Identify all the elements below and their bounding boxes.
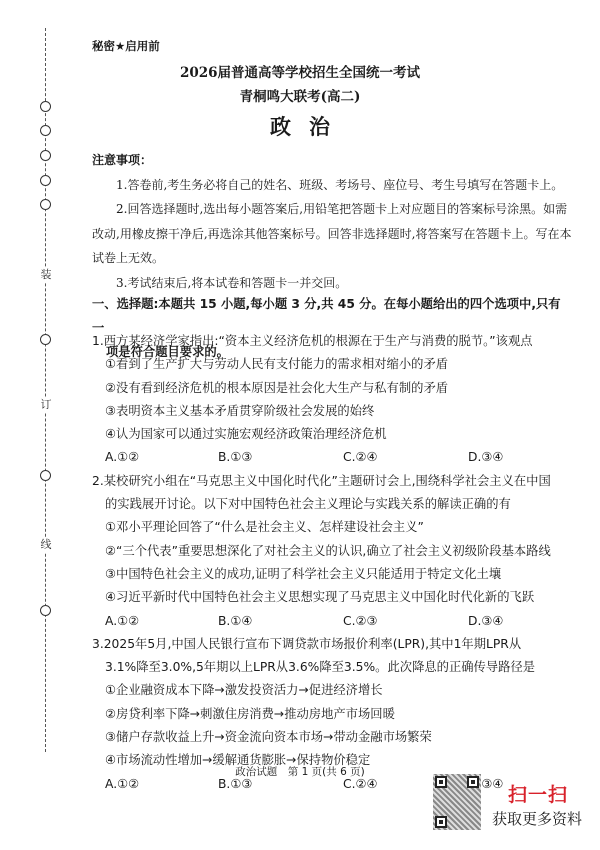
- question-option: ④习近平新时代中国特色社会主义思想实现了马克思主义中国化时代化新的飞跃: [92, 586, 572, 609]
- exam-subtitle: 青桐鸣大联考(高二): [0, 85, 600, 105]
- question-option: ①企业融资成本下降→激发投资活力→促进经济增长: [92, 679, 572, 702]
- question-option: ③中国特色社会主义的成功,证明了科学社会主义只能适用于特定文化土壤: [92, 563, 572, 586]
- binding-label-ding: 订: [38, 398, 54, 412]
- answer-choices: A.①② B.①③ C.②④ D.③④: [92, 446, 572, 469]
- scan-label: 扫一扫: [508, 780, 568, 807]
- notes-block: 注意事项： 1.答卷前,考生务必将自己的姓名、班级、考场号、座位号、考生号填写在…: [92, 148, 572, 295]
- notes-heading: 注意事项：: [92, 148, 572, 173]
- question-option: ③表明资本主义基本矛盾贯穿阶级社会发展的始终: [92, 400, 572, 423]
- binding-hole-icon: [40, 199, 51, 210]
- choice-d: D.③④: [468, 610, 503, 633]
- choice-d: D.③④: [468, 446, 503, 469]
- question-stem: 3.2025年5月,中国人民银行宣布下调贷款市场报价利率(LPR),其中1年期L…: [92, 633, 572, 656]
- questions-list: 1.西方某经济学家指出:“资本主义经济危机的根源在于生产与消费的脱节。”该观点 …: [92, 330, 572, 796]
- notes-item: 2.回答选择题时,选出每小题答案后,用铅笔把答题卡上对应题目的答案标号涂黑。如需…: [92, 197, 572, 271]
- binding-hole-icon: [40, 150, 51, 161]
- binding-label-xian: 线: [38, 538, 54, 552]
- choice-a: A.①②: [105, 446, 218, 469]
- choice-b: B.①④: [218, 610, 343, 633]
- qr-finder-icon: [435, 816, 447, 828]
- binding-label-zhuang: 装: [38, 268, 54, 282]
- binding-hole-icon: [40, 605, 51, 616]
- question-stem-continued: 的实践展开讨论。以下对中国特色社会主义理论与实践关系的解读正确的有: [92, 493, 572, 516]
- promo-banner[interactable]: 扫一扫 获取更多资料: [430, 772, 595, 830]
- question-stem-continued: 3.1%降至3.0%,5年期以上LPR从3.6%降至3.5%。此次降息的正确传导…: [92, 656, 572, 679]
- answer-choices: A.①② B.①④ C.②③ D.③④: [92, 610, 572, 633]
- notes-item: 1.答卷前,考生务必将自己的姓名、班级、考场号、座位号、考生号填写在答题卡上。: [92, 173, 572, 198]
- question-option: ②没有看到经济危机的根本原因是社会化大生产与私有制的矛盾: [92, 377, 572, 400]
- question-option: ①邓小平理论回答了“什么是社会主义、怎样建设社会主义”: [92, 516, 572, 539]
- choice-b: B.①③: [218, 446, 343, 469]
- secret-mark: 秘密★启用前: [92, 38, 160, 54]
- choice-c: C.②④: [343, 446, 468, 469]
- binding-hole-icon: [40, 175, 51, 186]
- question-option: ④认为国家可以通过实施宏观经济政策治理经济危机: [92, 423, 572, 446]
- qr-code-icon[interactable]: [433, 774, 481, 830]
- exam-title: 2026届普通高等学校招生全国统一考试: [0, 61, 600, 81]
- qr-finder-icon: [467, 776, 479, 788]
- question-stem: 2.某校研究小组在“马克思主义中国化时代化”主题研讨会上,围绕科学社会主义在中国: [92, 470, 572, 493]
- binding-hole-icon: [40, 470, 51, 481]
- question-option: ②“三个代表”重要思想深化了对社会主义的认识,确立了社会主义初级阶段基本路线: [92, 540, 572, 563]
- question-2: 2.某校研究小组在“马克思主义中国化时代化”主题研讨会上,围绕科学社会主义在中国…: [92, 470, 572, 633]
- subject-title: 政治: [0, 111, 600, 141]
- qr-finder-icon: [435, 776, 447, 788]
- question-1: 1.西方某经济学家指出:“资本主义经济危机的根源在于生产与消费的脱节。”该观点 …: [92, 330, 572, 470]
- question-option: ①看到了生产扩大与劳动人民有支付能力的需求相对缩小的矛盾: [92, 353, 572, 376]
- more-resources-label: 获取更多资料: [492, 808, 582, 829]
- choice-c: C.②③: [343, 610, 468, 633]
- binding-hole-icon: [40, 334, 51, 345]
- choice-a: A.①②: [105, 610, 218, 633]
- question-option: ③储户存款收益上升→资金流向资本市场→带动金融市场繁荣: [92, 726, 572, 749]
- question-stem: 1.西方某经济学家指出:“资本主义经济危机的根源在于生产与消费的脱节。”该观点: [92, 330, 572, 353]
- question-option: ②房贷利率下降→刺激住房消费→推动房地产市场回暖: [92, 703, 572, 726]
